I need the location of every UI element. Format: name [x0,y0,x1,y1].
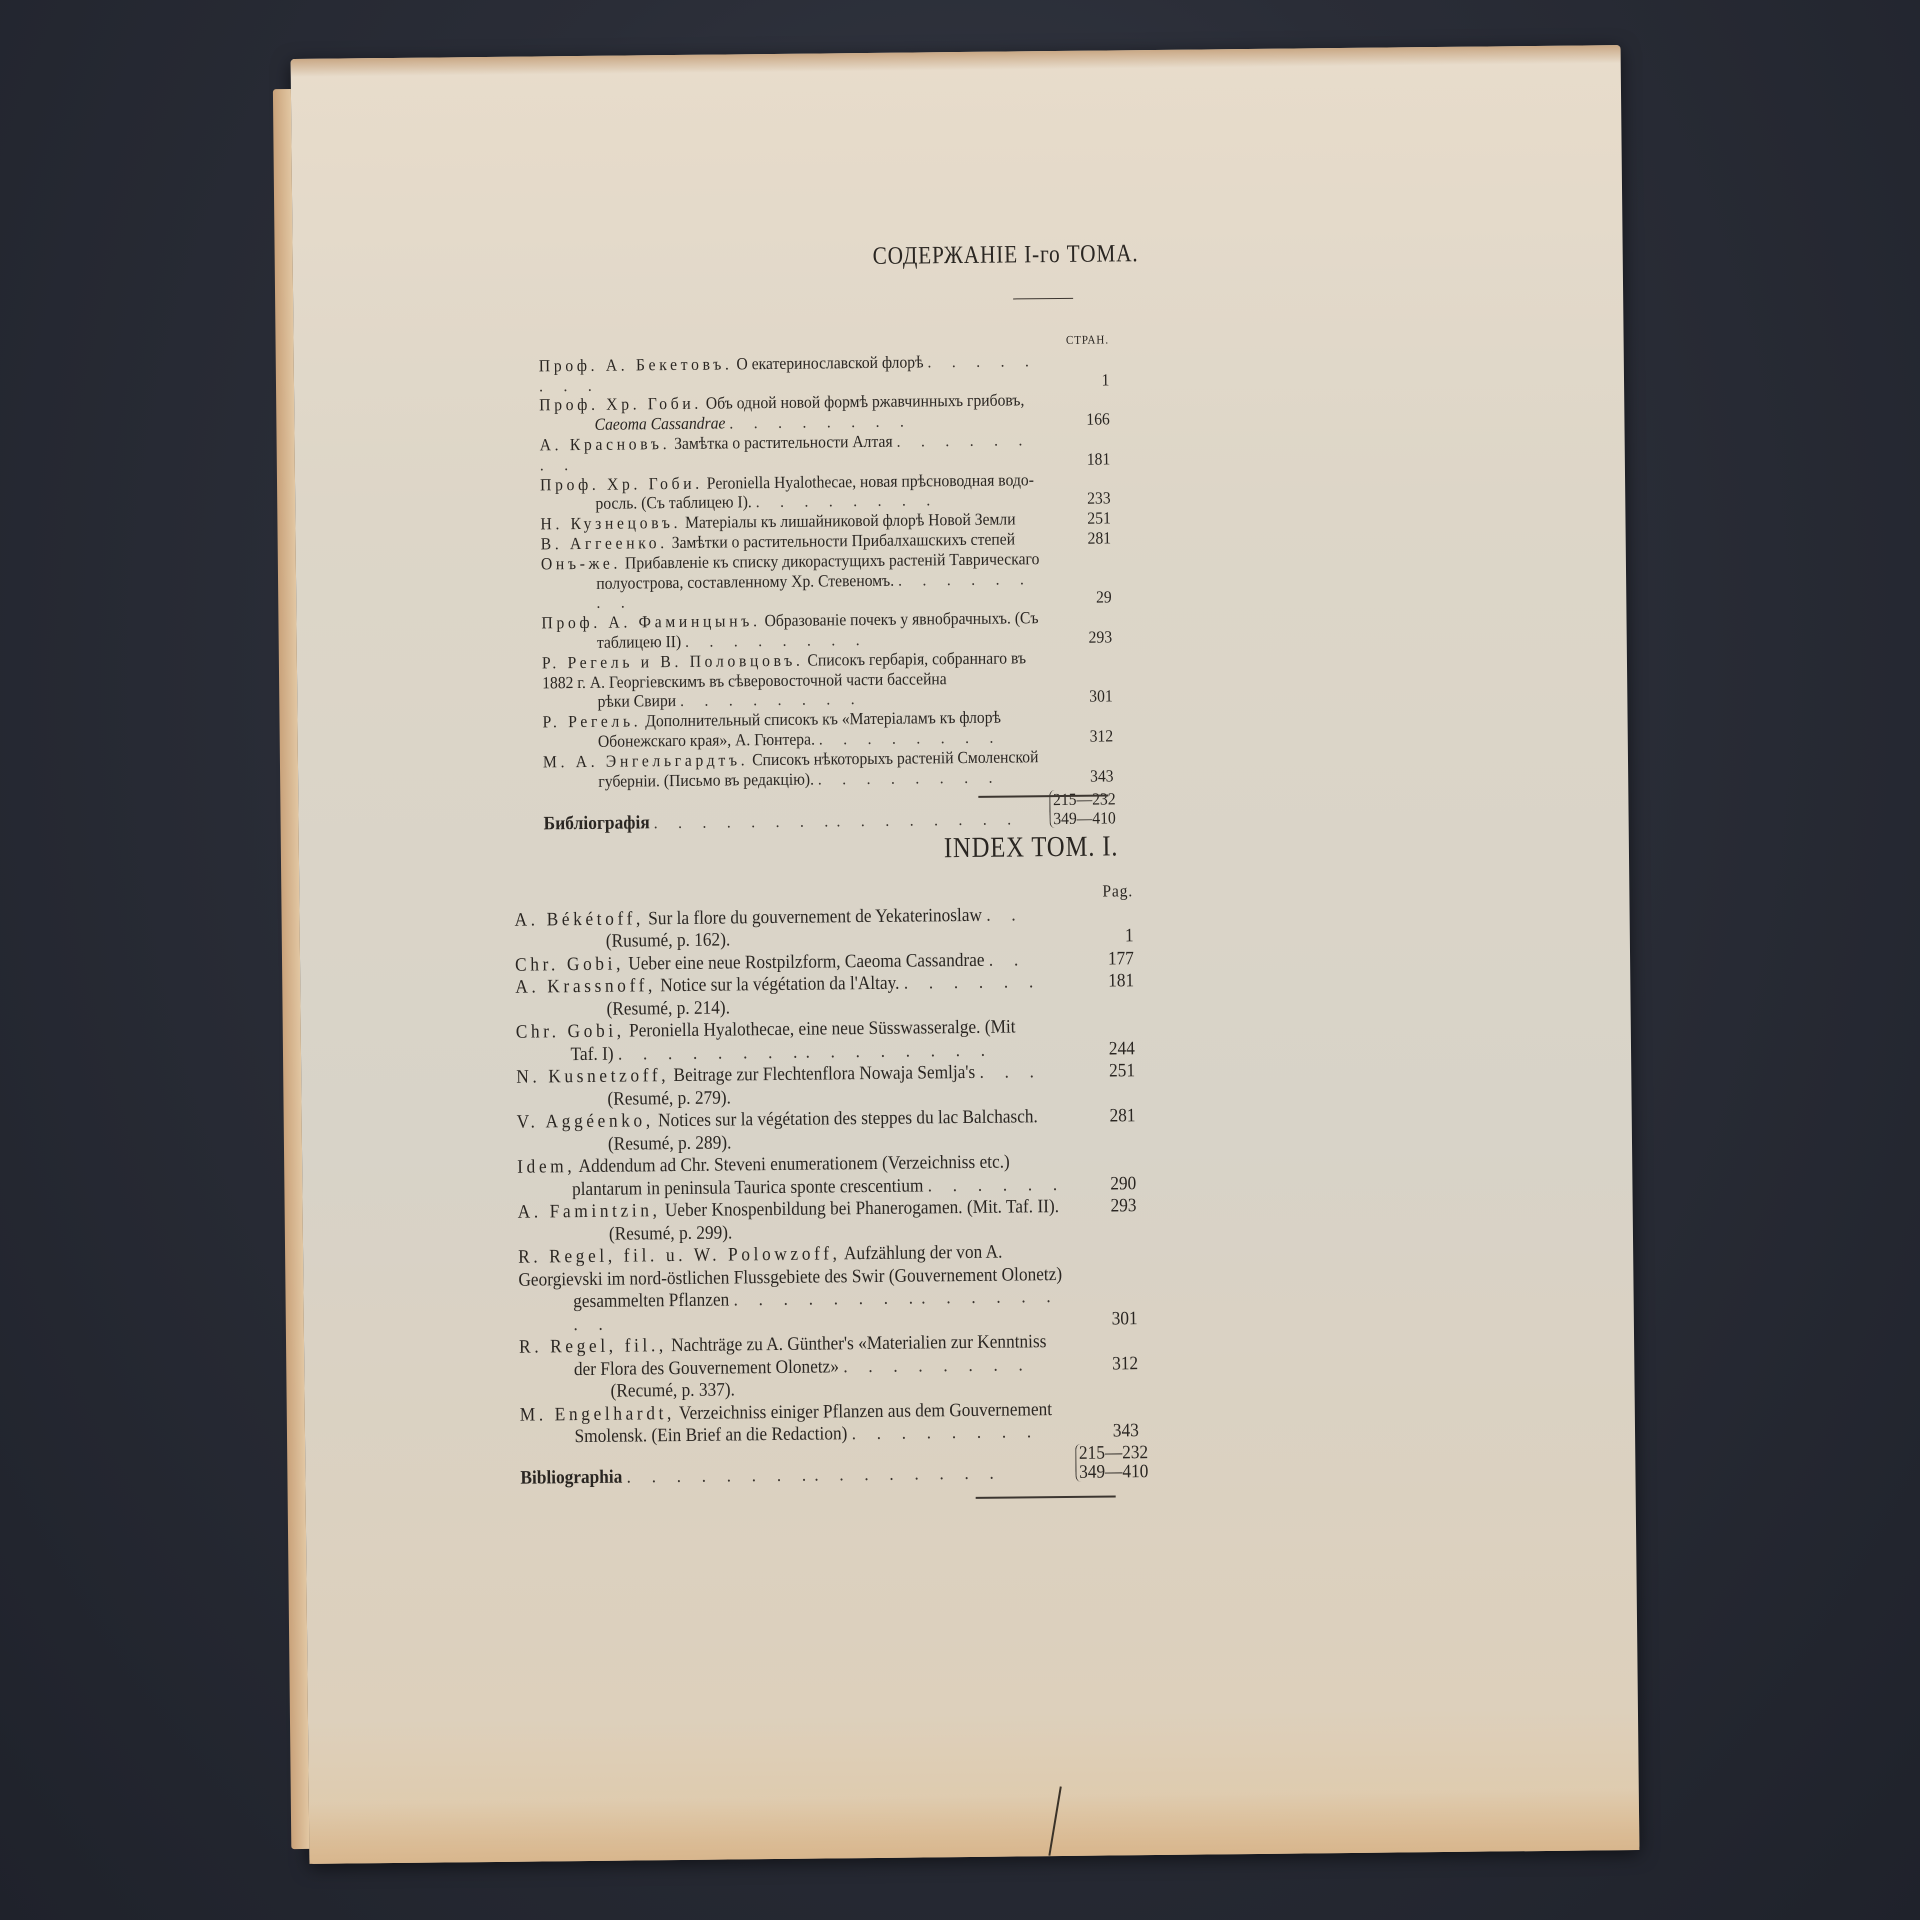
leader-dots: . . . . . . . . [733,1287,921,1310]
entry-title: Объ одной новой формѣ ржавчинныхъ грибов… [706,391,1025,413]
entry-title: Nachträge zu A. Günther's «Materialien z… [671,1331,1046,1356]
entry-continuation: Caeoma Cassandrae [595,414,726,434]
index-entry: N. Kusnetzoff, Beitrage zur Flechtenflor… [516,1060,1135,1111]
entry-page: 293 [1073,1195,1137,1218]
entry-page: 1 [1070,925,1134,948]
index-entry: Chr. Gobi, Peroniella Hyalothecae, eine … [516,1015,1135,1066]
leader-dots: . . . . . . . . [814,1462,1002,1485]
entry-page: 177 [1070,948,1134,971]
entry-page: 343 [1075,1420,1139,1443]
entry-continuation: таблицею II) [597,632,681,652]
entry-title: Списокъ нѣкоторыхъ растеній Смоленской [752,747,1038,769]
russian-contents-list: СТРАН. Проф. А. Бекетовъ. О екатериносла… [539,330,1115,834]
entry-title: Sur la flore du gouvernement de Yekateri… [648,904,982,928]
entry-title: Дополнительный списокъ къ «Матеріаламъ к… [645,708,1001,731]
entry-author: Проф. Хр. Гоби. [540,473,703,494]
entry-title: О екатеринославской флорѣ [736,352,923,373]
toc-entry: Проф. А. Фаминцынъ. Образованіе почекъ у… [541,608,1112,654]
entry-continuation: Smolensk. (Ein Brief an die Redaction) [575,1423,848,1447]
leader-dots: . . . . . . . . [843,1354,1031,1377]
toc-entry: Проф. А. Бекетовъ. О екатеринославской ф… [539,350,1110,396]
entry-page: 244 [1071,1038,1135,1061]
toc-entry: Проф. Хр. Гоби. Объ одной новой формѣ рж… [539,390,1110,436]
entry-author: V. Aggéenko, [517,1110,654,1132]
entry-title: Матеріалы къ лишайниковой флорѣ Новой Зе… [685,510,1016,532]
entry-author: Chr. Gobi, [515,953,624,975]
index-entry: M. Engelhardt, Verzeichniss einiger Pfla… [520,1398,1139,1449]
index-entry: A. Famintzin, Ueber Knospenbildung bei P… [518,1195,1137,1246]
entry-title: Beitrage zur Flechtenflora Nowaja Semlja… [673,1062,975,1086]
entry-author: Проф. Хр. Гоби. [539,394,702,415]
entry-continuation: полуострова, составленному Хр. Стевеномъ… [596,570,894,592]
entry-title: Ueber eine neue Rostpilzform, Caeoma Cas… [628,949,984,974]
entry-page: 251 [1071,1060,1135,1083]
entry-continuation: Taf. I) [571,1043,614,1064]
entry-continuation: plantarum in peninsula Taurica sponte cr… [572,1175,924,1200]
entry-page: 343 [1049,766,1114,786]
page-bottom-edge [309,1790,1640,1864]
entry-page: 281 [1072,1105,1136,1128]
leader-dots: . . . . . . . . [618,1041,806,1064]
entry-page: 293 [1048,627,1113,647]
entry-title: Notices sur la végétation des steppes du… [658,1106,1038,1131]
entry-author: Idem, [517,1156,575,1178]
leader-dots: . . . . . . . . [729,412,912,433]
index-entry: A. Krassnoff, Notice sur la végétation d… [515,970,1134,1021]
entry-page: 251 [1046,509,1111,529]
index-entry: Idem, Addendum ad Chr. Steveni enumerati… [517,1150,1136,1201]
leader-dots: . . . . . . . . [756,491,939,512]
entry-author: Р. Регель и В. Половцовъ. [542,650,804,672]
closing-divider [976,1495,1116,1498]
latin-index-title: INDEX TOM. I. [944,830,1119,865]
entry-continuation: губерніи. (Письмо въ редакцію). [598,769,814,790]
toc-entry: Проф. Хр. Гоби. Peroniella Hyalothecae, … [540,469,1111,515]
entry-page: 312 [1049,726,1114,746]
entry-author: M. Engelhardt, [520,1403,675,1426]
entry-continuation: der Flora des Gouvernement Olonetz» [574,1356,839,1380]
entry-page: 233 [1046,489,1111,509]
entry-author: Онъ-же. [541,553,621,573]
entry-page: 166 [1045,410,1110,430]
entry-page: 1 [1045,370,1110,390]
entry-page: 312 [1074,1353,1138,1376]
bibliography-entry: Bibliographia . . . . . . . .. . . . . .… [520,1443,1139,1490]
entry-continuation: Обонежскаго края», А. Гюнтера. [598,729,815,750]
index-entry: R. Regel, fil., Nachträge zu A. Günther'… [519,1330,1138,1404]
entry-page: 181 [1046,449,1111,469]
toc-entry: М. А. Энгельгардтъ. Списокъ нѣкоторыхъ р… [543,746,1114,792]
entry-author: В. Аггеенко. [541,533,668,553]
index-entry: A. Békétoff, Sur la flore du gouvernemen… [515,903,1134,954]
entry-page: 281 [1047,528,1112,548]
leader-dots: . . . . . . . . [852,1421,1040,1444]
leader-dots: . . . . . . . . [819,728,1002,749]
page-top-edge [291,45,1621,77]
entry-page: 290 [1072,1173,1136,1196]
latin-index-list: Pag. A. Békétoff, Sur la flore du gouver… [514,880,1139,1489]
entry-page: 301 [1048,687,1113,707]
entry-author: A. Krassnoff, [515,975,656,997]
bibliography-label: Библіографія [544,813,650,835]
entry-author: Н. Кузнецовъ. [540,513,681,533]
entry-title: Notice sur la végétation da l'Altay. [660,973,899,997]
page-range-2: 349—410 [1053,809,1116,829]
entry-continuation: gesammelten Pflanzen [573,1289,729,1312]
entry-author: Chr. Gobi, [516,1021,625,1043]
entry-title: Verzeichniss einiger Pflanzen aus dem Go… [679,1399,1052,1424]
book-page: СОДЕРЖАНІЕ I-го ТОМА. СТРАН. Проф. А. Бе… [291,45,1640,1864]
leader-dots: . . . . . . . . [836,810,1019,831]
toc-entry: А. Красновъ. Замѣтка о растительности Ал… [540,429,1111,475]
entry-title: Peroniella Hyalothecae, новая прѣсноводн… [707,470,1034,492]
entry-author: Проф. А. Бекетовъ. [539,354,733,375]
bibliography-pages: 215—232349—410 [1075,1443,1139,1484]
entry-title: Образованіе почекъ у явнобрачныхъ. (Съ [764,608,1038,630]
entry-title: Замѣтки о растительности Прибалхашскихъ … [672,529,1016,552]
entry-author: Р. Регель. [542,712,641,732]
leader-dots: . . . . . . . . [654,812,837,833]
entry-continuation: рѣки Свири [597,691,676,711]
entry-page: 181 [1070,970,1134,993]
entry-title: Замѣтка о растительности Алтая [674,432,893,453]
entry-author: А. Красновъ. [540,434,671,454]
entry-author: A. Békétoff, [515,908,645,930]
entry-author: N. Kusnetzoff, [516,1065,669,1088]
entry-title: Addendum ad Chr. Steveni enumerationem (… [579,1152,1010,1178]
entry-page: 29 [1047,588,1112,608]
entry-author: A. Famintzin, [518,1200,661,1222]
leader-dots: . . . . . . . . [685,630,868,651]
leader-dots: . . . . . . . . [818,767,1001,788]
leader-dots: . . . . . . . . [680,689,863,710]
toc-entry: Р. Регель. Дополнительный списокъ къ «Ма… [542,707,1113,753]
bibliography-label: Bibliographia [520,1466,622,1488]
entry-title: Peroniella Hyalothecae, eine neue Süsswa… [629,1016,1016,1041]
index-entry: V. Aggéenko, Notices sur la végétation d… [517,1105,1136,1156]
title-divider [1013,298,1073,300]
entry-author: М. А. Энгельгардтъ. [543,750,748,771]
entry-author: R. Regel, fil., [519,1335,667,1358]
entry-author: R. Regel, fil. u. W. Polowzoff, [518,1243,841,1267]
russian-contents-title: СОДЕРЖАНІЕ I-го ТОМА. [873,240,1139,271]
page-range-1: 215—232 [1053,790,1116,810]
entry-title: Ueber Knospenbildung bei Phanerogamen. (… [665,1196,1059,1221]
leader-dots: . . . . . . . . [805,1039,993,1062]
page-range-2: 349—410 [1079,1461,1148,1483]
toc-entry: Р. Регель и В. Половцовъ. Списокъ гербар… [542,647,1113,712]
entry-continuation: росль. (Съ таблицею I). [595,493,752,514]
index-entry: R. Regel, fil. u. W. Polowzoff, Aufzählu… [518,1240,1138,1336]
leader-dots: . . . . . . . . [627,1464,815,1487]
entry-page: 301 [1074,1308,1138,1331]
entry-author: Проф. А. Фаминцынъ. [541,611,760,632]
toc-entry: Онъ-же. Прибавленіе къ списку дикорастущ… [541,548,1112,613]
